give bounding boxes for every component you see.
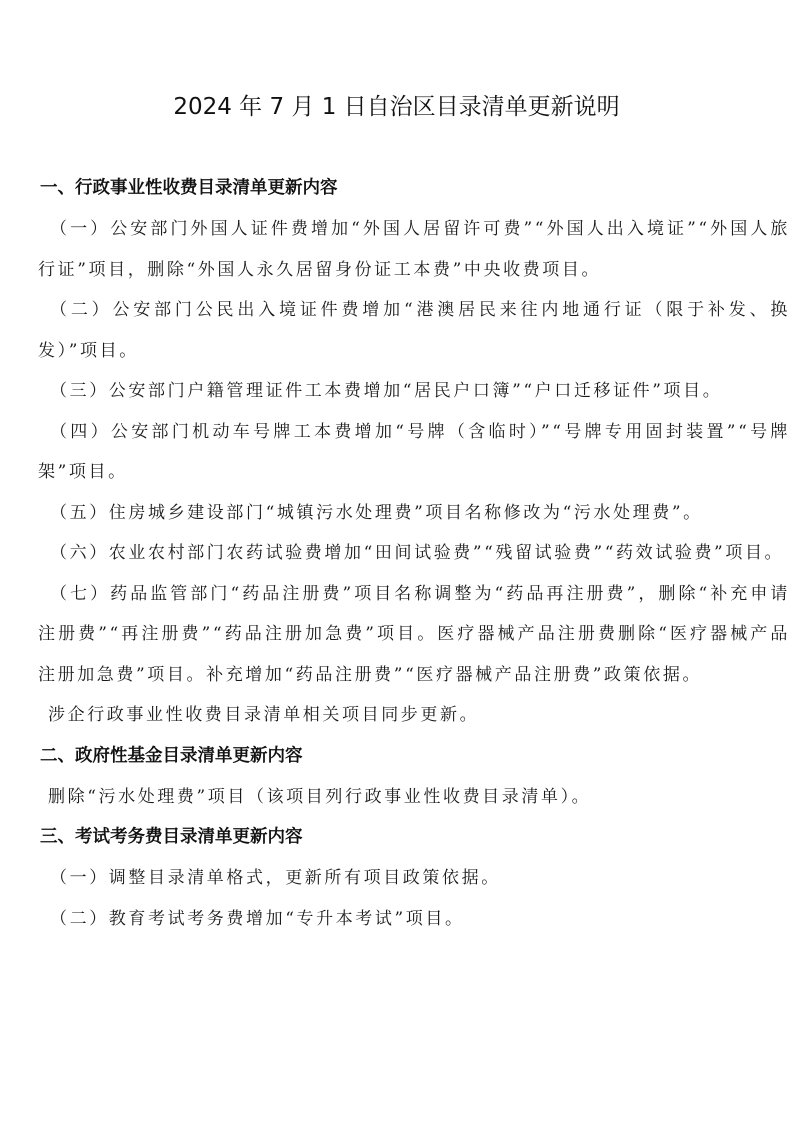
paragraph: 涉企行政事业性收费目录清单相关项目同步更新。 [38,695,790,736]
document-page: 2024 年 7 月 1 日自治区目录清单更新说明 一、行政事业性收费目录清单更… [0,0,793,1122]
paragraph: （五）住房城乡建设部门“城镇污水处理费”项目名称修改为“污水处理费”。 [38,493,790,534]
section-exam-fees: 三、考试考务费目录清单更新内容 （一）调整目录清单格式，更新所有项目政策依据。 … [38,817,790,939]
paragraph: （一）调整目录清单格式，更新所有项目政策依据。 [38,858,790,899]
section-admin-fees: 一、行政事业性收费目录清单更新内容 （一）公安部门外国人证件费增加“外国人居留许… [38,168,790,736]
section-heading: 一、行政事业性收费目录清单更新内容 [40,168,790,209]
document-title: 2024 年 7 月 1 日自治区目录清单更新说明 [0,88,793,121]
paragraph: （六）农业农村部门农药试验费增加“田间试验费”“残留试验费”“药效试验费”项目。 [38,533,790,574]
paragraph: （三）公安部门户籍管理证件工本费增加“居民户口簿”“户口迁移证件”项目。 [38,371,790,412]
paragraph: （二）教育考试考务费增加“专升本考试”项目。 [38,899,790,940]
paragraph: （二）公安部门公民出入境证件费增加“港澳居民来往内地通行证（限于补发、换发）”项… [38,290,790,371]
paragraph: （四）公安部门机动车号牌工本费增加“号牌（含临时）”“号牌专用固封装置”“号牌架… [38,412,790,493]
paragraph: 删除“污水处理费”项目（该项目列行政事业性收费目录清单）。 [38,777,790,818]
section-heading: 三、考试考务费目录清单更新内容 [40,817,790,858]
paragraph: （七）药品监管部门“药品注册费”项目名称调整为“药品再注册费”，删除“补充申请注… [38,574,790,696]
section-heading: 二、政府性基金目录清单更新内容 [40,736,790,777]
document-body: 一、行政事业性收费目录清单更新内容 （一）公安部门外国人证件费增加“外国人居留许… [38,168,790,939]
paragraph: （一）公安部门外国人证件费增加“外国人居留许可费”“外国人出入境证”“外国人旅行… [38,209,790,290]
section-government-funds: 二、政府性基金目录清单更新内容 删除“污水处理费”项目（该项目列行政事业性收费目… [38,736,790,818]
